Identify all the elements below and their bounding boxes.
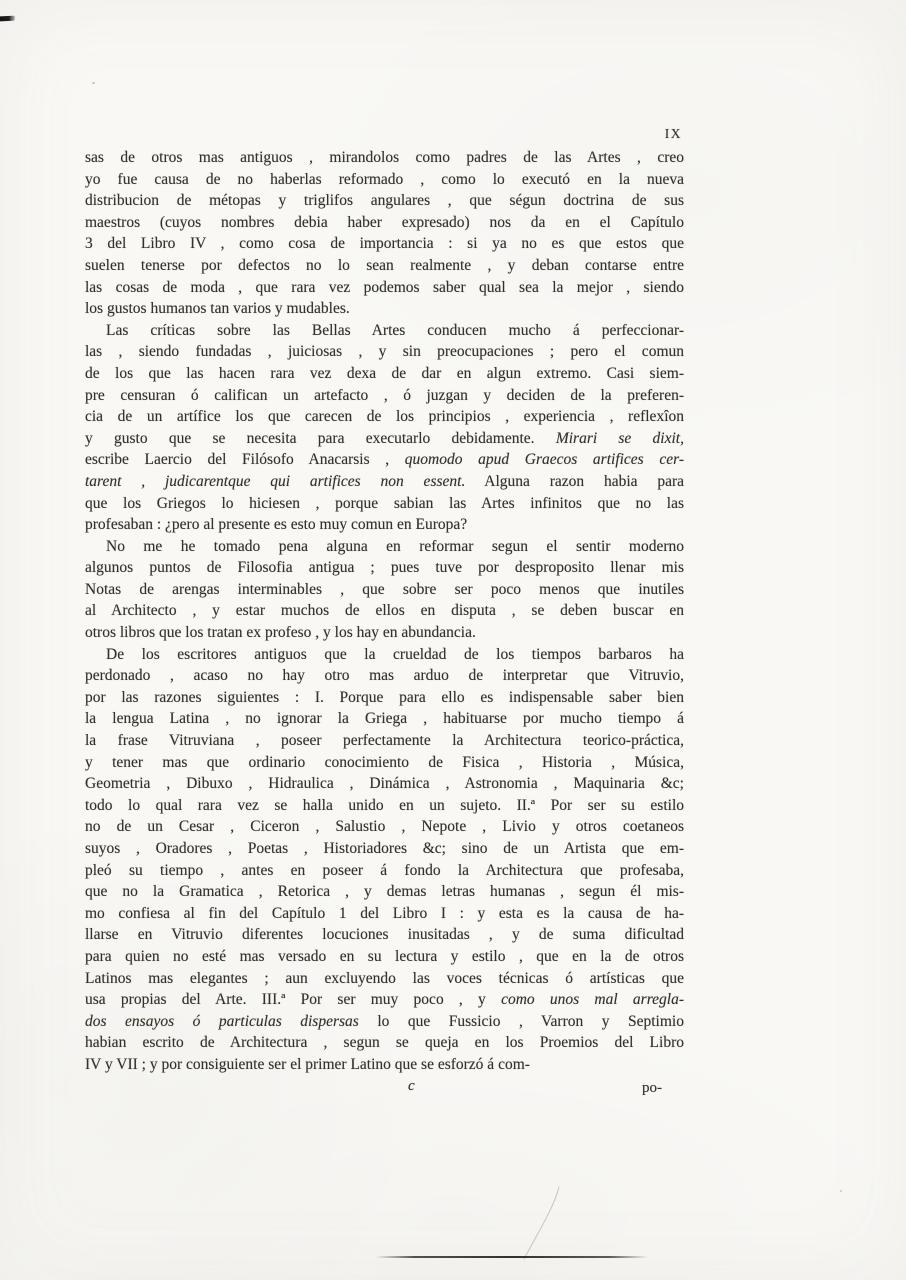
text-line: sas de otros mas antiguos , mirandolos c… [85,147,684,169]
signature-mark: c [408,1078,415,1095]
text-block: sas de otros mas antiguos , mirandolos c… [85,147,684,1076]
scan-edge-mark [0,16,15,22]
text-line: perdonado , acaso no hay otro mas arduo … [85,665,684,687]
scratch-artifact [512,1185,574,1261]
paper-speck [840,1190,842,1192]
text-line: pleó su tiempo , antes en poseer á fondo… [85,860,684,882]
text-line: mo confiesa al fin del Capítulo 1 del Li… [85,903,684,925]
text-line: Notas de arengas interminables , que sob… [85,579,684,601]
scan-bottom-rule [376,1256,648,1258]
text-line: tarent , judicarentque qui artifices non… [85,471,684,493]
text-line: al Architecto , y estar muchos de ellos … [85,600,684,622]
text-line: las cosas de moda , que rara vez podemos… [85,277,684,299]
text-line: distribucion de métopas y triglifos angu… [85,190,684,212]
text-line: otros libros que los tratan ex profeso ,… [85,622,684,644]
scanned-book-page: { "page": { "number": "IX", "signature_m… [0,0,906,1280]
text-line: las , siendo fundadas , juiciosas , y si… [85,341,684,363]
text-line: y gusto que se necesita para executarlo … [85,428,684,450]
text-line: IV y VII ; y por consiguiente ser el pri… [85,1054,684,1076]
text-line: la frase Vitruviana , poseer perfectamen… [85,730,684,752]
text-line: escribe Laercio del Filósofo Anacarsis ,… [85,449,684,471]
text-line: 3 del Libro IV , como cosa de importanci… [85,233,684,255]
paper-speck [92,82,95,84]
page-number: IX [85,126,682,142]
text-line: No me he tomado pena alguna en reformar … [85,536,684,558]
text-line: cia de un artífice los que carecen de lo… [85,406,684,428]
text-line: yo fue causa de no haberlas reformado , … [85,169,684,191]
text-line: Latinos mas elegantes ; aun excluyendo l… [85,968,684,990]
text-line: por las razones siguientes : I. Porque p… [85,687,684,709]
text-line: algunos puntos de Filosofia antigua ; pu… [85,557,684,579]
text-line: habian escrito de Architectura , segun s… [85,1032,684,1054]
text-line: la lengua Latina , no ignorar la Griega … [85,708,684,730]
text-line: suelen tenerse por defectos no lo sean r… [85,255,684,277]
text-line: para quien no esté mas versado en su lec… [85,946,684,968]
text-line: no de un Cesar , Ciceron , Salustio , Ne… [85,816,684,838]
text-line: Geometria , Dibuxo , Hidraulica , Dinámi… [85,773,684,795]
text-line: y tener mas que ordinario conocimiento d… [85,752,684,774]
text-line: suyos , Oradores , Poetas , Historiadore… [85,838,684,860]
text-line: pre censuran ó califican un artefacto , … [85,385,684,407]
text-line: de los que las hacen rara vez dexa de da… [85,363,684,385]
text-line: todo lo qual rara vez se halla unido en … [85,795,684,817]
text-line: profesaban : ¿pero al presente es esto m… [85,514,684,536]
text-line: Las críticas sobre las Bellas Artes cond… [85,320,684,342]
text-line: que los Griegos lo hiciesen , porque sab… [85,493,684,515]
text-line: De los escritores antiguos que la crueld… [85,644,684,666]
text-line: maestros (cuyos nombres debia haber expr… [85,212,684,234]
text-line: que no la Gramatica , Retorica , y demas… [85,881,684,903]
text-line: los gustos humanos tan varios y mudables… [85,298,684,320]
text-line: llarse en Vitruvio diferentes locuciones… [85,924,684,946]
catchword: po- [642,1080,662,1097]
text-line: dos ensayos ó particulas dispersas lo qu… [85,1011,684,1033]
signature-row: c po- [85,1078,684,1100]
text-line: usa propias del Arte. III.ª Por ser muy … [85,989,684,1011]
